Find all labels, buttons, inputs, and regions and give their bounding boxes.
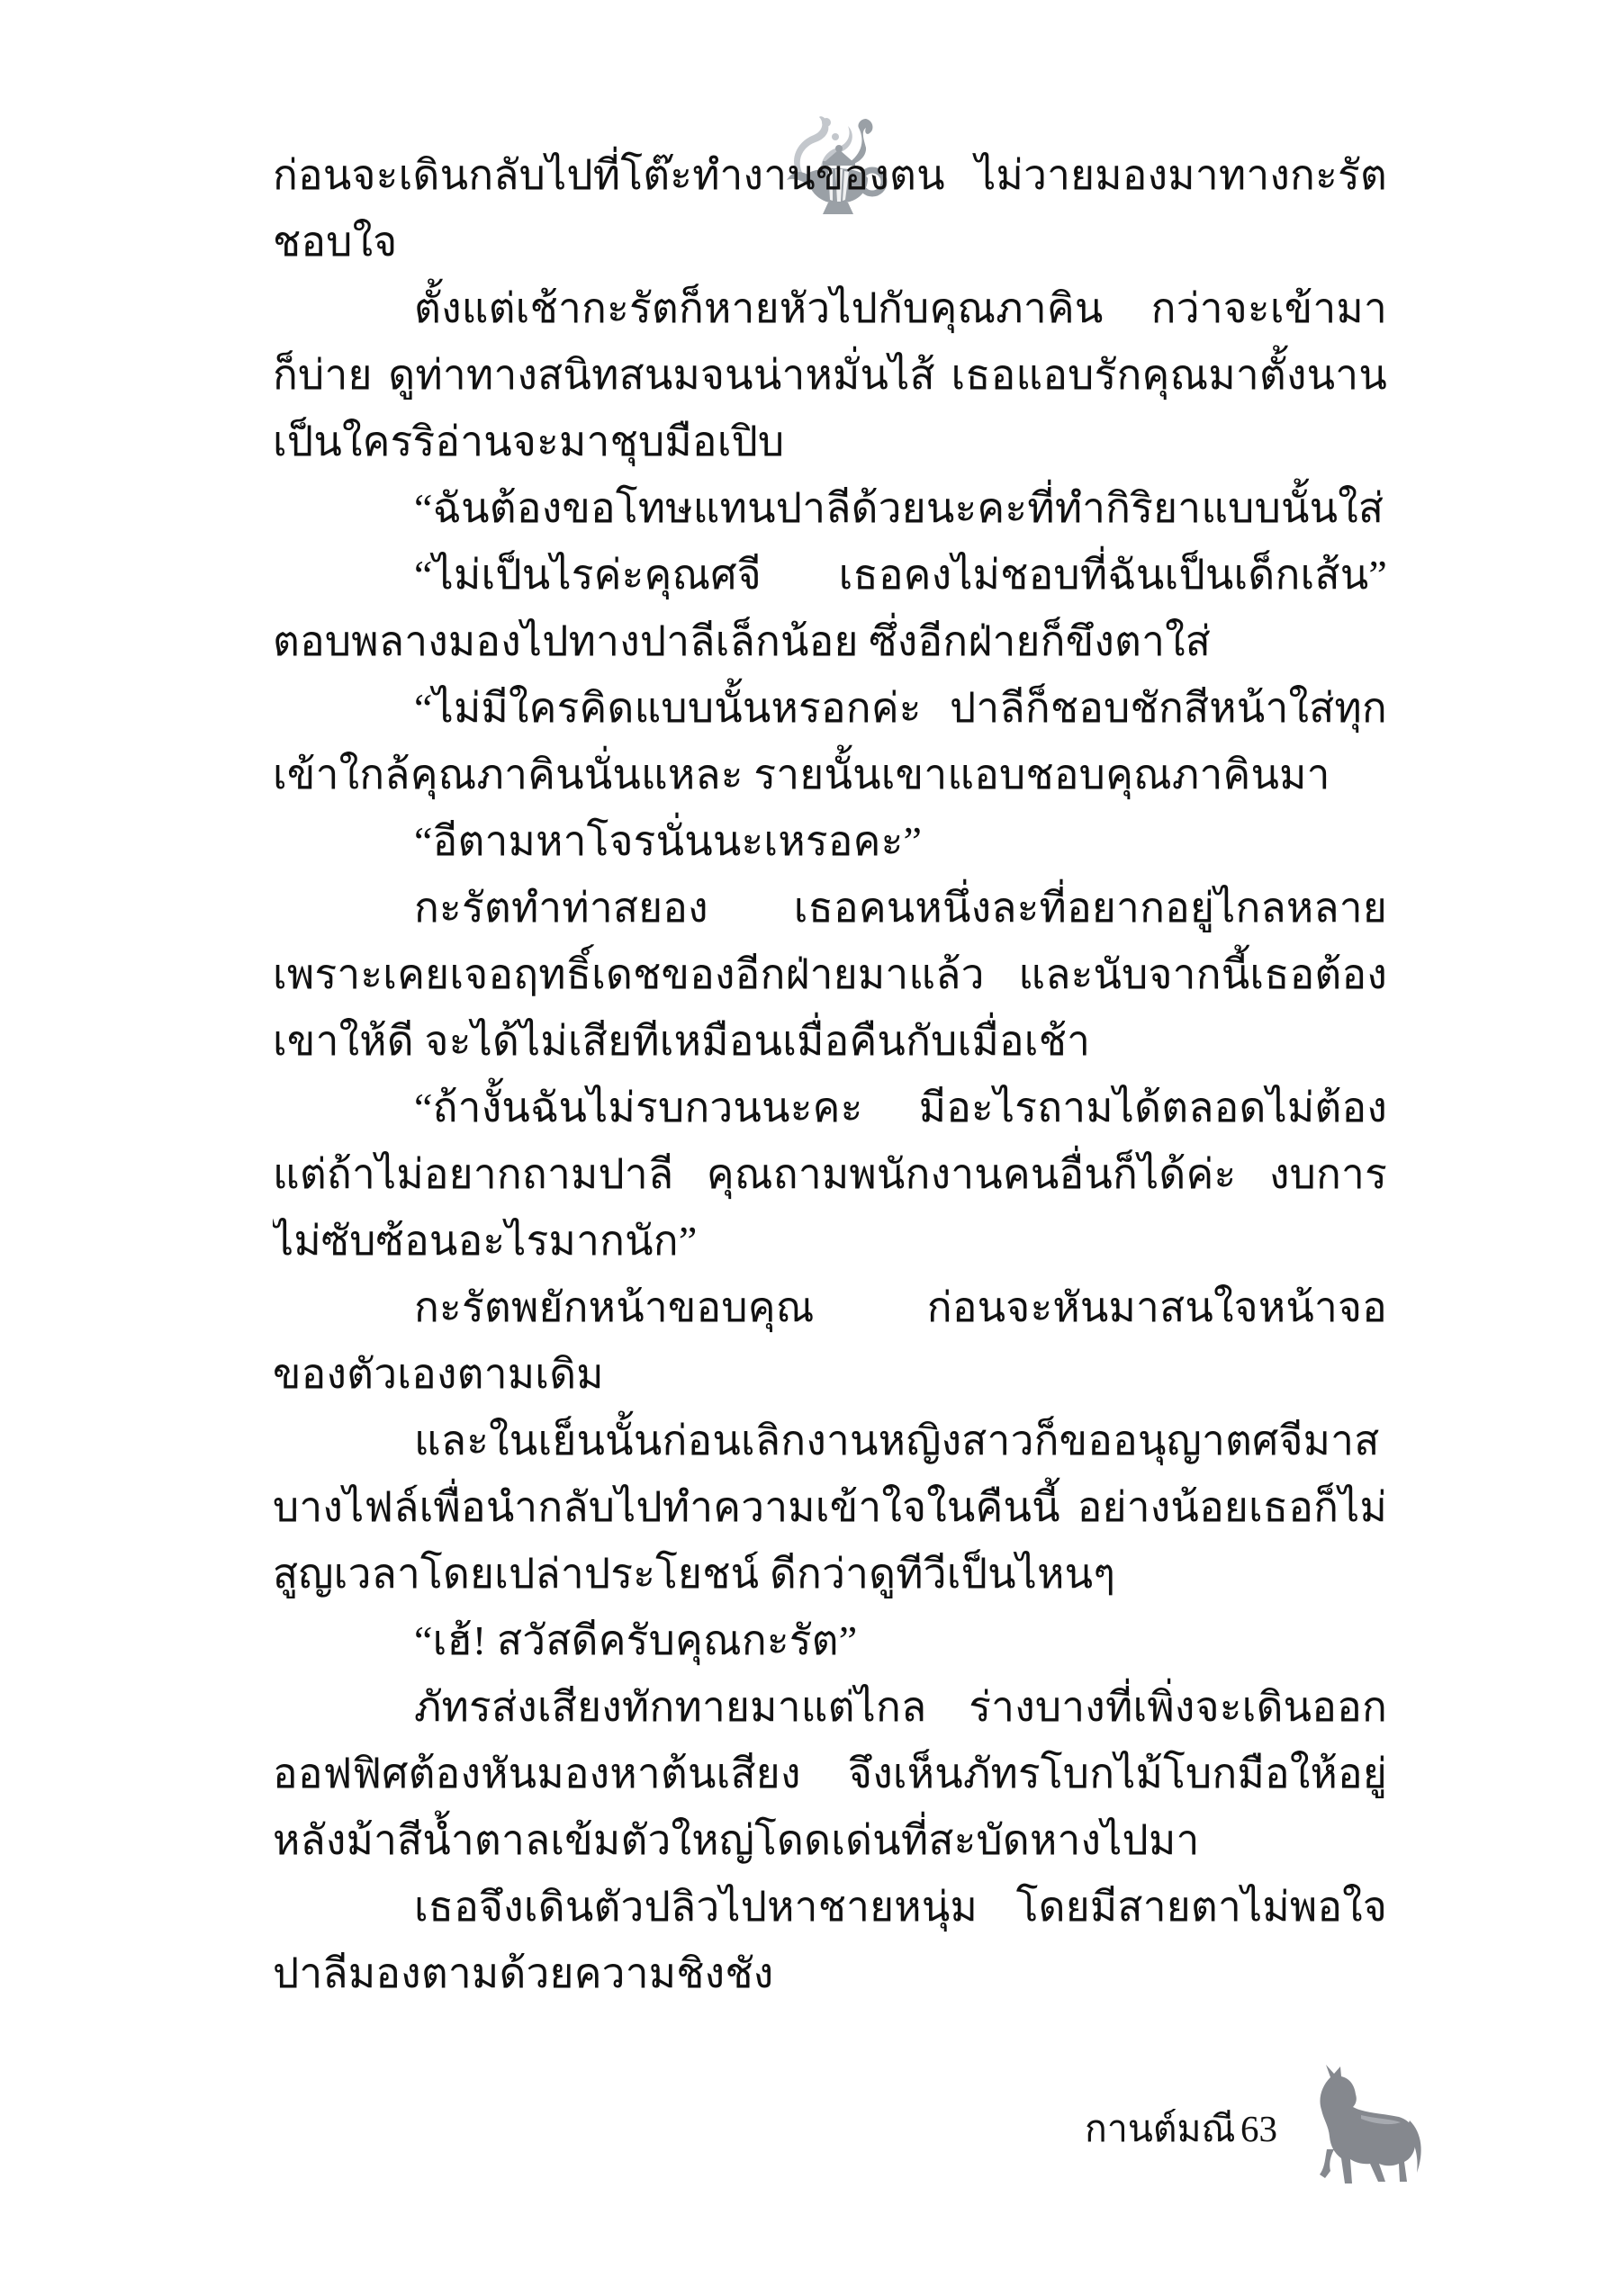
text-line: บางไฟล์เพื่อนำกลับไปทำความเข้าใจในคืนนี้… (273, 1474, 1387, 1541)
page-footer: กานต์มณี 63 (0, 2097, 1605, 2241)
book-page: { "colors": { "background": "#ffffff", "… (0, 0, 1605, 2296)
text-line: เธอจึงเดินตัวปลิวไปหาชายหนุ่ม โดยมีสายตา… (273, 1874, 1387, 1940)
text-line: เขาให้ดี จะได้ไม่เสียทีเหมือนเมื่อคืนกับ… (273, 1008, 1387, 1075)
text-line: แต่ถ้าไม่อยากถามปาลี คุณถามพนักงานคนอื่น… (273, 1141, 1387, 1208)
text-line: “ไม่เป็นไรค่ะคุณศจี เธอคงไม่ชอบที่ฉันเป็… (273, 542, 1387, 608)
running-title: กานต์มณี (1085, 2106, 1236, 2151)
text-line: กะรัตทำท่าสยอง เธอคนหนึ่งละที่อยากอยู่ไก… (273, 875, 1387, 941)
text-line: ตอบพลางมองไปทางปาลีเล็กน้อย ซึ่งอีกฝ่ายก… (273, 608, 1387, 675)
text-line: ภัทรส่งเสียงทักทายมาแต่ไกล ร่างบางที่เพิ… (273, 1674, 1387, 1741)
text-line: “อีตามหาโจรนั่นนะเหรอคะ” (273, 808, 1387, 875)
text-line: “ไม่มีใครคิดแบบนั้นหรอกค่ะ ปาลีก็ชอบชักส… (273, 675, 1387, 742)
text-line: “เฮ้! สวัสดีครับคุณกะรัต” (273, 1607, 1387, 1674)
text-line: ปาลีมองตามด้วยความชิงชัง (273, 1940, 1387, 2007)
text-line: “ถ้างั้นฉันไม่รบกวนนะคะ มีอะไรถามได้ตลอด… (273, 1075, 1387, 1141)
text-line: ของตัวเองตามเดิม (273, 1341, 1387, 1408)
text-line: เป็นใครริอ่านจะมาชุบมือเปิบ (273, 409, 1387, 475)
text-line: เข้าใกล้คุณภาคินนั่นแหละ รายนั้นเขาแอบชอ… (273, 742, 1387, 808)
text-line: ตั้งแต่เช้ากะรัตก็หายหัวไปกับคุณภาคิน กว… (273, 275, 1387, 342)
text-line: และในเย็นนั้นก่อนเลิกงานหญิงสาวก็ขออนุญา… (273, 1408, 1387, 1474)
text-line: ออฟฟิศต้องหันมองหาต้นเสียง จึงเห็นภัทรโบ… (273, 1741, 1387, 1807)
text-line: หลังม้าสีน้ำตาลเข้มตัวใหญ่โดดเด่นที่สะบั… (273, 1807, 1387, 1874)
text-line: เพราะเคยเจอฤทธิ์เดชของอีกฝ่ายมาแล้ว และน… (273, 941, 1387, 1008)
text-line: ก่อนจะเดินกลับไปที่โต๊ะทำงานของตน ไม่วาย… (273, 142, 1387, 209)
text-line: ไม่ซับซ้อนอะไรมากนัก” (273, 1208, 1387, 1274)
page-number: 63 (1240, 2106, 1277, 2151)
horse-ornament-icon (1298, 2063, 1433, 2198)
text-line: ชอบใจ (273, 209, 1387, 275)
page-text: ก่อนจะเดินกลับไปที่โต๊ะทำงานของตน ไม่วาย… (273, 142, 1387, 2007)
text-line: “ฉันต้องขอโทษแทนปาลีด้วยนะคะที่ทำกิริยาแ… (273, 475, 1387, 542)
text-line: สูญเวลาโดยเปล่าประโยชน์ ดีกว่าดูทีวีเป็น… (273, 1541, 1387, 1607)
text-line: กะรัตพยักหน้าขอบคุณ ก่อนจะหันมาสนใจหน้าจ… (273, 1274, 1387, 1341)
text-line: ก็บ่าย ดูท่าทางสนิทสนมจนน่าหมั่นไส้ เธอแ… (273, 342, 1387, 409)
